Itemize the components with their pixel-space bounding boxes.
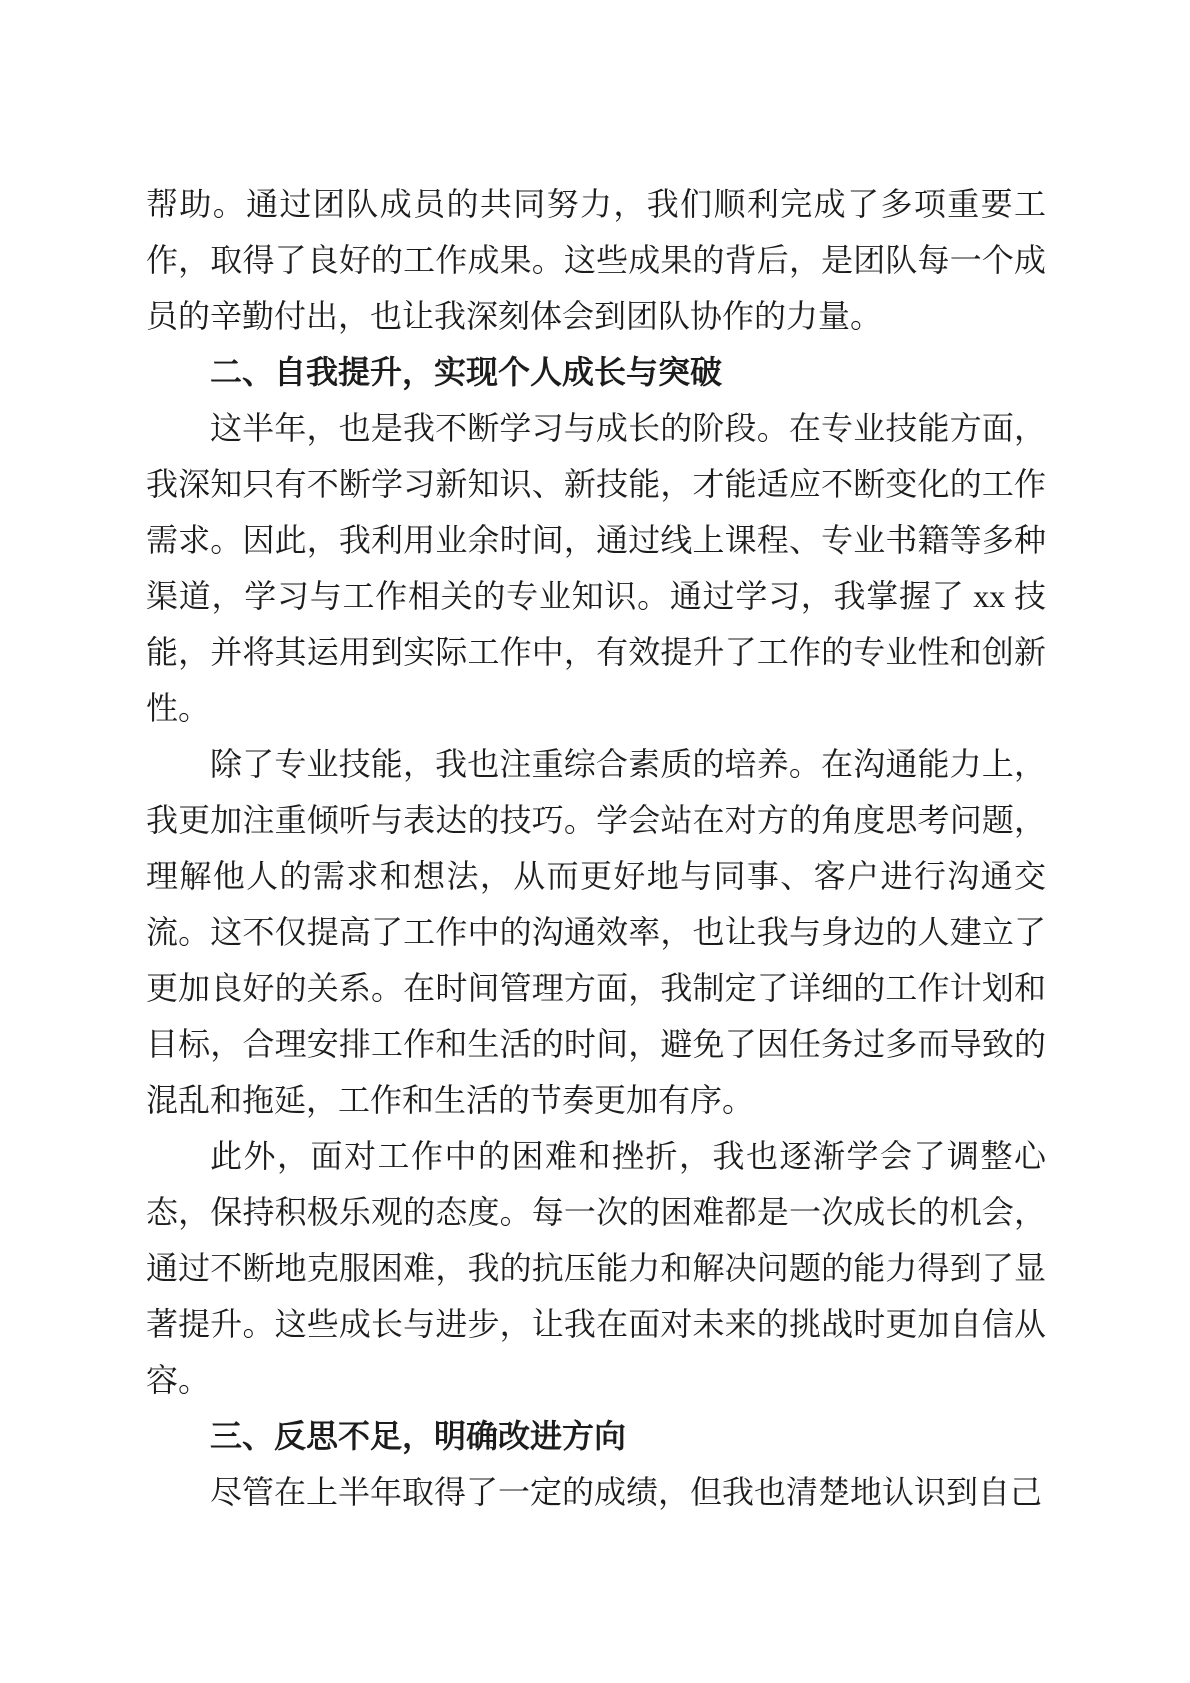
heading-section-two-self-improvement: 二、自我提升，实现个人成长与突破 — [146, 344, 1046, 400]
paragraph-teamwork-conclusion: 帮助。通过团队成员的共同努力，我们顺利完成了多项重要工作，取得了良好的工作成果。… — [146, 176, 1046, 344]
document-page: 帮助。通过团队成员的共同努力，我们顺利完成了多项重要工作，取得了良好的工作成果。… — [0, 0, 1190, 1683]
heading-section-three-reflection: 三、反思不足，明确改进方向 — [146, 1408, 1046, 1464]
paragraph-communication-time-management: 除了专业技能，我也注重综合素质的培养。在沟通能力上，我更加注重倾听与表达的技巧。… — [146, 736, 1046, 1128]
paragraph-mindset-growth: 此外，面对工作中的困难和挫折，我也逐渐学会了调整心态，保持积极乐观的态度。每一次… — [146, 1128, 1046, 1408]
document-content: 帮助。通过团队成员的共同努力，我们顺利完成了多项重要工作，取得了良好的工作成果。… — [0, 0, 1190, 1520]
paragraph-skill-learning: 这半年，也是我不断学习与成长的阶段。在专业技能方面，我深知只有不断学习新知识、新… — [146, 400, 1046, 736]
paragraph-shortcomings-intro: 尽管在上半年取得了一定的成绩，但我也清楚地认识到自己 — [146, 1464, 1046, 1520]
